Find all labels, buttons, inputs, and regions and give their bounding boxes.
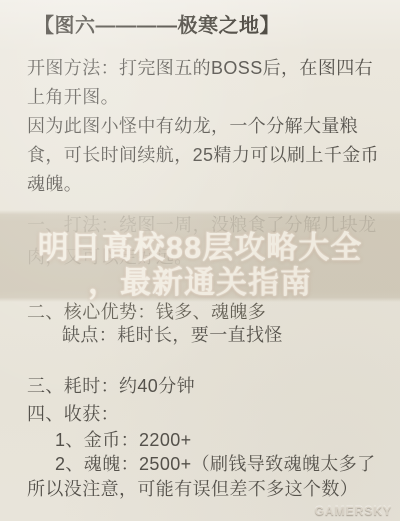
doc-line: 食，可长时间续航，25精力可以刷上千金币 (27, 144, 379, 166)
doc-line: 二、核心优势：钱多、魂魄多 (27, 301, 266, 323)
doc-line: 四、收获： (27, 403, 119, 425)
doc-line: 2、魂魄：2500+（刷钱导致魂魄太多了 (55, 453, 376, 475)
doc-line: 因为此图小怪中有幼龙，一个分解大量粮 (27, 115, 358, 137)
gamersky-watermark: GAMERSKY (315, 504, 392, 518)
doc-line: 魂魄。 (27, 173, 82, 195)
doc-line: 所以没注意，可能有误但差不多这个数） (27, 478, 358, 500)
map-section-title: 【图六————极寒之地】 (34, 9, 280, 38)
doc-line: 三、耗时：约40分钟 (27, 375, 195, 397)
doc-line: 上角开图。 (27, 86, 119, 108)
banner-headline-line2: ，最新通关指南 (0, 257, 400, 302)
doc-line: 缺点：耗时长，要一直找怪 (62, 324, 283, 346)
guide-screenshot-page: 【图六————极寒之地】 开图方法：打完图五的BOSS后，在图四右 上角开图。 … (0, 0, 400, 521)
doc-line: 1、金币：2200+ (55, 429, 192, 451)
doc-line: 开图方法：打完图五的BOSS后，在图四右 (27, 57, 373, 79)
